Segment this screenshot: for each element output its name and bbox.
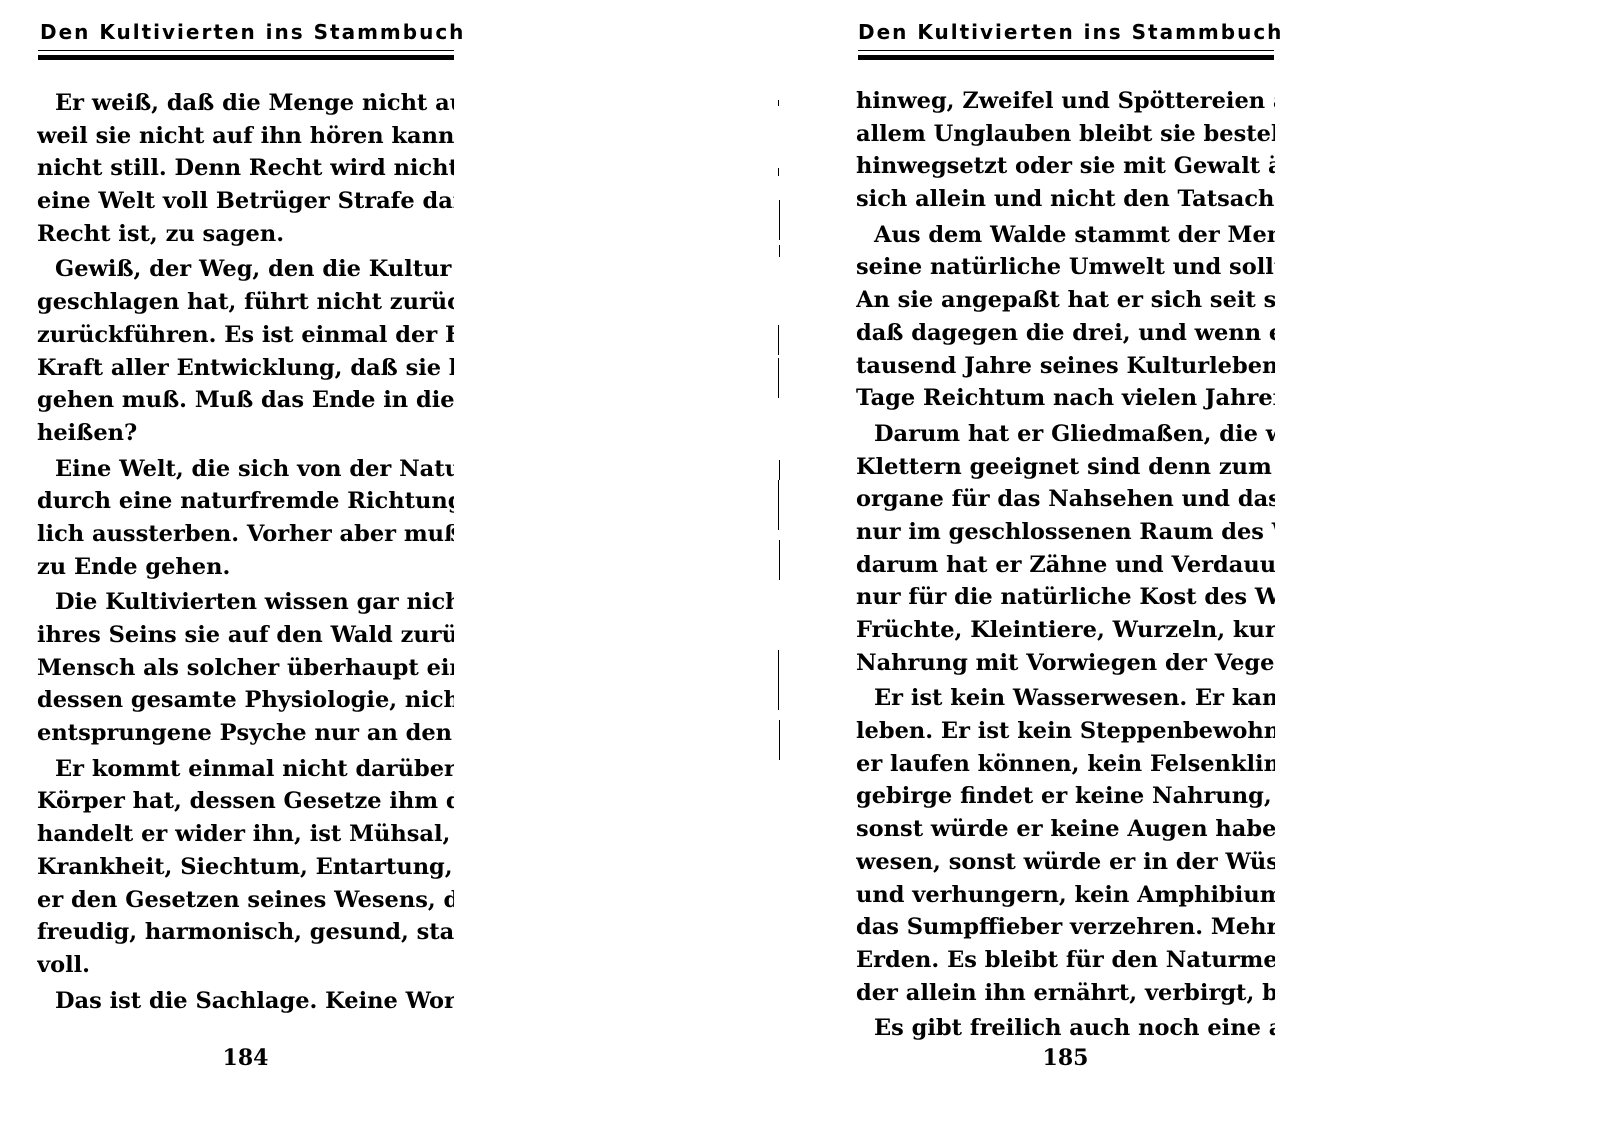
text-line: nur für die natürliche Kost des Waldes: …	[856, 581, 1275, 614]
text-line: geschlagen hat, führt nicht zurück. Er s…	[37, 286, 454, 319]
header-rule-thick	[858, 55, 1274, 60]
text-line: lich aussterben. Vorher aber muß sie ihr…	[37, 518, 454, 551]
text-line: tausend Jahre seines Kulturlebens wirken…	[856, 350, 1275, 383]
text-line: er den Gesetzen seines Wesens, dann ist …	[37, 884, 454, 917]
text-line: er laufen können, kein Felsenklimmer, de…	[856, 748, 1275, 781]
text-line: An sie angepaßt hat er sich seit so viel…	[856, 284, 1275, 317]
text-line: sich allein und nicht den Tatsachen.	[856, 183, 1275, 216]
text-line: Er kommt einmal nicht darüber hinweg, da…	[37, 753, 454, 786]
text-line: Nahrung mit Vorwiegen der Vegetabilien e…	[856, 647, 1275, 680]
text-line: Eine Welt, die sich von der Natur entfre…	[37, 453, 454, 486]
body-text: hinweg, Zweifel und Spöttereien ändern s…	[856, 85, 1275, 1045]
text-line: Recht ist, zu sagen.	[37, 218, 454, 251]
text-line: ihres Seins sie auf den Wald zurückverwe…	[37, 619, 454, 652]
text-line: der allein ihn ernährt, verbirgt, beschü…	[856, 977, 1275, 1010]
text-line: gehen muß. Muß das Ende in diesem Fall A…	[37, 384, 454, 417]
running-head: Den Kultivierten ins Stammbuch	[40, 20, 454, 44]
text-line: hinweg, Zweifel und Spöttereien ändern s…	[856, 85, 1275, 118]
text-line: seine natürliche Umwelt und sollte sie i…	[856, 251, 1275, 284]
text-line: Krankheit, Siechtum, Entartung, Tod die …	[37, 851, 454, 884]
header-rule-thin	[858, 50, 1274, 51]
text-line: allem Unglauben bleibt sie bestehen. Wer…	[856, 118, 1275, 151]
text-line: Körper hat, dessen Gesetze ihm das Verha…	[37, 785, 454, 818]
text-line: das Sumpffieber verzehren. Mehr aber gib…	[856, 911, 1275, 944]
text-line: Er weiß, daß die Menge nicht auf ihn hör…	[37, 87, 454, 120]
text-line: Die Kultivierten wissen gar nicht, daß a…	[37, 586, 454, 619]
text-line: und verhungern, kein Amphibium, sonst wü…	[856, 879, 1275, 912]
text-line: hinwegsetzt oder sie mit Gewalt ändern w…	[856, 150, 1275, 183]
text-line: Aus dem Walde stammt der Mensch. Der war	[856, 219, 1275, 252]
page-number: 184	[37, 1045, 454, 1071]
text-line: heißen?	[37, 417, 454, 450]
text-line: Darum hat er Gliedmaßen, die weit mehr z…	[856, 418, 1275, 451]
text-line: gebirge findet er keine Nahrung, kein Hö…	[856, 780, 1275, 813]
right-page: Den Kultivierten ins Stammbuch hinweg, Z…	[800, 0, 1600, 1141]
text-line: sonst würde er keine Augen haben, kein W…	[856, 813, 1275, 846]
text-line: organe für das Nahsehen und das feinste …	[856, 483, 1275, 516]
left-page: Den Kultivierten ins Stammbuch Er weiß, …	[0, 0, 800, 1141]
header-rule	[858, 50, 1274, 62]
header-rule	[38, 50, 454, 62]
text-line: entsprungene Psyche nur an den Wald ange…	[37, 717, 454, 750]
running-head: Den Kultivierten ins Stammbuch	[858, 20, 1274, 44]
body-text: Er weiß, daß die Menge nicht auf ihn hör…	[37, 87, 454, 1017]
text-line: nur im geschlossenen Raum des Waldes Sin…	[856, 516, 1275, 549]
text-line: zurückführen. Es ist einmal der Fluch, a…	[37, 319, 454, 352]
text-line: Klettern geeignet sind denn zum Laufen, …	[856, 451, 1275, 484]
text-line: Er ist kein Wasserwesen. Er kann nicht i…	[856, 682, 1275, 715]
text-line: handelt er wider ihn, ist Mühsal, Krise,…	[37, 818, 454, 851]
text-line: eine Welt voll Betrüger Strafe darauf se…	[37, 185, 454, 218]
text-line: weil sie nicht auf ihn hören kann. Trotz…	[37, 120, 454, 153]
text-line: Erden. Es bleibt für den Naturmenschen n…	[856, 944, 1275, 977]
book-spread: Den Kultivierten ins Stammbuch Er weiß, …	[0, 0, 1600, 1141]
text-line: durch eine naturfremde Richtung der Kult…	[37, 485, 454, 518]
text-line: freudig, harmonisch, gesund, stark, schö…	[37, 916, 454, 949]
text-line: Tage Reichtum nach vielen Jahren der Ein…	[856, 382, 1275, 415]
text-line: darum hat er Zähne und Verdauungsorgane,…	[856, 549, 1275, 582]
text-line: Gewiß, der Weg, den die Kultur nun einma…	[37, 253, 454, 286]
text-line: Das ist die Sachlage. Keine Wortkunst hi…	[37, 985, 454, 1018]
text-line: zu Ende gehen.	[37, 551, 454, 584]
gutter-shadow	[778, 40, 780, 1120]
header-rule-thin	[38, 50, 454, 51]
text-line: Kraft aller Entwicklung, daß sie bis zu …	[37, 352, 454, 385]
text-line: nicht still. Denn Recht wird nicht Unrec…	[37, 152, 454, 185]
text-line: leben. Er ist kein Steppenbewohner, denn…	[856, 715, 1275, 748]
text-line: Mensch als solcher überhaupt ein Waldges…	[37, 652, 454, 685]
page-number: 185	[856, 1045, 1275, 1071]
text-line: Es gibt freilich auch noch eine andere B…	[856, 1012, 1275, 1045]
text-line: voll.	[37, 949, 454, 982]
text-line: dessen gesamte Physiologie, nicht minder…	[37, 684, 454, 717]
text-line: Früchte, Kleintiere, Wurzeln, kurz, für …	[856, 614, 1275, 647]
header-rule-thick	[38, 55, 454, 60]
text-line: wesen, sonst würde er in der Wüste nicht…	[856, 846, 1275, 879]
text-line: daß dagegen die drei, und wenn es hoch k…	[856, 317, 1275, 350]
